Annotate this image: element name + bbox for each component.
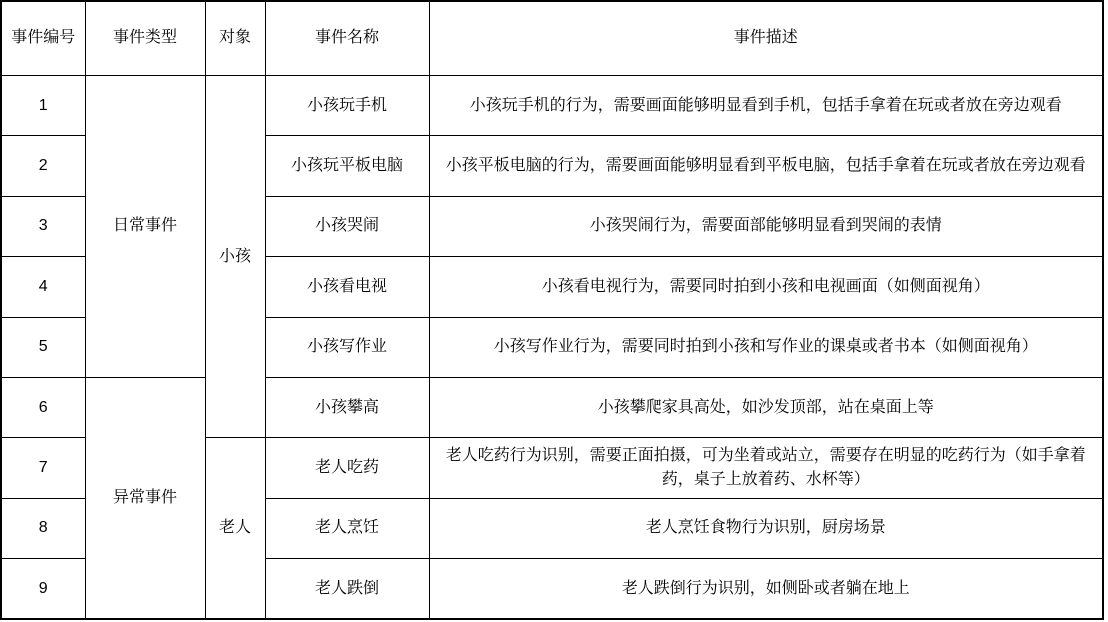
cell-event-desc: 小孩玩手机的行为，需要画面能够明显看到手机，包括手拿着在玩或者放在旁边观看 bbox=[429, 75, 1103, 135]
cell-event-id: 1 bbox=[1, 75, 85, 135]
cell-event-desc: 老人吃药行为识别，需要正面拍摄，可为坐着或站立，需要存在明显的吃药行为（如手拿着… bbox=[429, 438, 1103, 498]
cell-event-type-abnormal: 异常事件 bbox=[85, 377, 205, 619]
cell-event-id: 8 bbox=[1, 498, 85, 558]
cell-event-name: 小孩写作业 bbox=[265, 317, 429, 377]
table-header-row: 事件编号 事件类型 对象 事件名称 事件描述 bbox=[1, 1, 1103, 75]
cell-subject-elder: 老人 bbox=[205, 438, 265, 619]
cell-event-desc: 老人烹饪食物行为识别，厨房场景 bbox=[429, 498, 1103, 558]
cell-event-id: 9 bbox=[1, 559, 85, 619]
header-subject: 对象 bbox=[205, 1, 265, 75]
cell-event-id: 5 bbox=[1, 317, 85, 377]
cell-event-name: 小孩哭闹 bbox=[265, 196, 429, 256]
cell-event-type-daily: 日常事件 bbox=[85, 75, 205, 377]
cell-event-desc: 小孩哭闹行为，需要面部能够明显看到哭闹的表情 bbox=[429, 196, 1103, 256]
cell-event-id: 7 bbox=[1, 438, 85, 498]
header-event-type: 事件类型 bbox=[85, 1, 205, 75]
cell-event-desc: 小孩看电视行为，需要同时拍到小孩和电视画面（如侧面视角） bbox=[429, 257, 1103, 317]
cell-event-name: 小孩看电视 bbox=[265, 257, 429, 317]
cell-event-desc: 小孩写作业行为，需要同时拍到小孩和写作业的课桌或者书本（如侧面视角） bbox=[429, 317, 1103, 377]
cell-event-name: 小孩玩平板电脑 bbox=[265, 136, 429, 196]
cell-event-name: 小孩玩手机 bbox=[265, 75, 429, 135]
table-row: 1 日常事件 小孩 小孩玩手机 小孩玩手机的行为，需要画面能够明显看到手机，包括… bbox=[1, 75, 1103, 135]
header-event-name: 事件名称 bbox=[265, 1, 429, 75]
header-event-desc: 事件描述 bbox=[429, 1, 1103, 75]
header-event-id: 事件编号 bbox=[1, 1, 85, 75]
cell-event-name: 老人烹饪 bbox=[265, 498, 429, 558]
cell-event-id: 4 bbox=[1, 257, 85, 317]
cell-event-id: 6 bbox=[1, 377, 85, 437]
cell-event-name: 老人吃药 bbox=[265, 438, 429, 498]
cell-event-desc: 老人跌倒行为识别，如侧卧或者躺在地上 bbox=[429, 559, 1103, 619]
cell-event-id: 2 bbox=[1, 136, 85, 196]
cell-event-id: 3 bbox=[1, 196, 85, 256]
cell-event-desc: 小孩平板电脑的行为，需要画面能够明显看到平板电脑，包括手拿着在玩或者放在旁边观看 bbox=[429, 136, 1103, 196]
cell-event-name: 老人跌倒 bbox=[265, 559, 429, 619]
table-row: 6 异常事件 小孩攀高 小孩攀爬家具高处，如沙发顶部，站在桌面上等 bbox=[1, 377, 1103, 437]
cell-subject-child: 小孩 bbox=[205, 75, 265, 437]
cell-event-desc: 小孩攀爬家具高处，如沙发顶部，站在桌面上等 bbox=[429, 377, 1103, 437]
cell-event-name: 小孩攀高 bbox=[265, 377, 429, 437]
event-table: 事件编号 事件类型 对象 事件名称 事件描述 1 日常事件 小孩 小孩玩手机 小… bbox=[0, 0, 1104, 620]
